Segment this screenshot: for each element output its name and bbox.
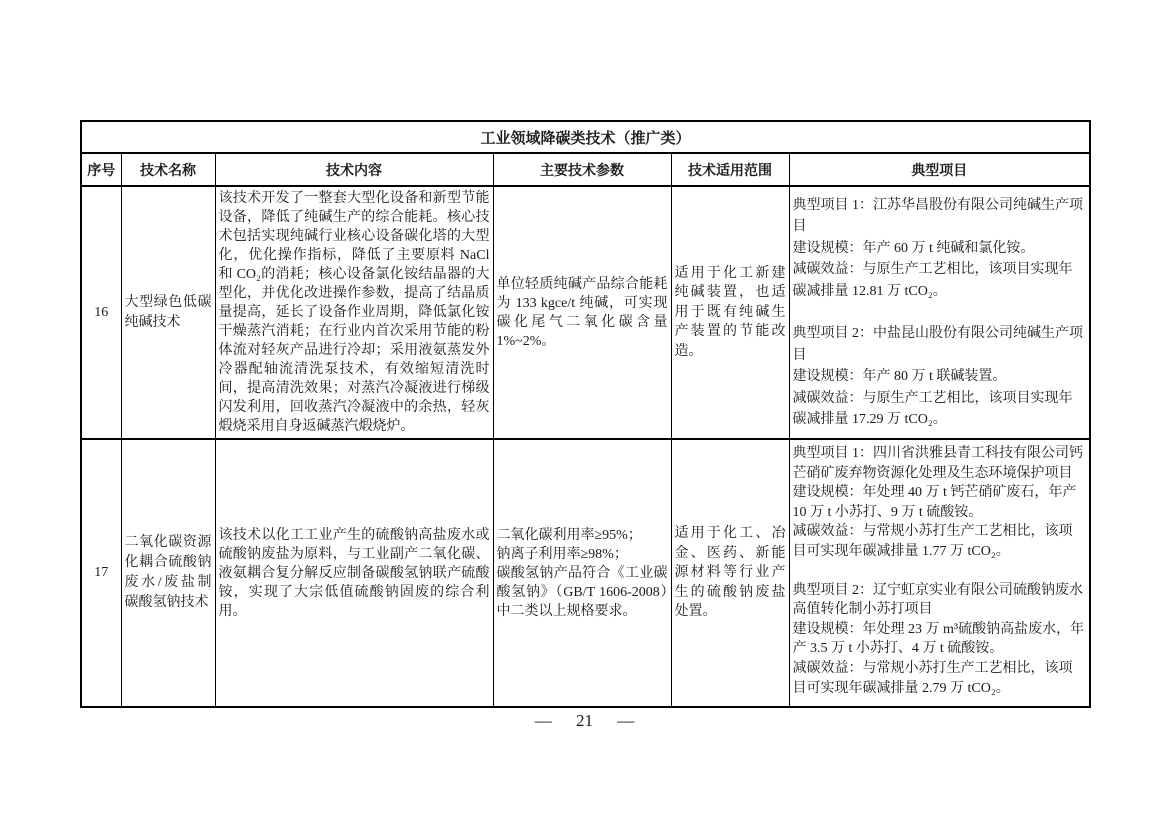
- row-16-tech-params: 单位轻质纯碱产品综合能耗为 133 kgce/t 纯碱，可实现碳化尾气二氧化碳含…: [493, 186, 671, 439]
- row-16-index: 16: [81, 186, 121, 439]
- table-header-row: 序号 技术名称 技术内容 主要技术参数 技术适用范围 典型项目: [81, 153, 1090, 186]
- row-16-typical-projects: 典型项目 1：江苏华昌股份有限公司纯碱生产项目 建设规模：年产 60 万 t 纯…: [789, 186, 1090, 439]
- project-block: 典型项目 2：中盐昆山股份有限公司纯碱生产项目 建设规模：年产 80 万 t 联…: [793, 323, 1087, 431]
- header-params: 主要技术参数: [493, 153, 671, 186]
- project-block: 典型项目 1：四川省洪雅县青工科技有限公司钙芒硝矿废弃物资源化处理及生态环境保护…: [793, 444, 1087, 562]
- table-row-17: 17 二氧化碳资源化耦合硫酸钠废水/废盐制碳酸氢钠技术 该技术以化工工业产生的硫…: [81, 439, 1090, 707]
- row-17-tech-content: 该技术以化工工业产生的硫酸钠高盐废水或硫酸钠废盐为原料，与工业副产二氧化碳、液氨…: [215, 439, 493, 707]
- header-projects: 典型项目: [789, 153, 1090, 186]
- row-16-tech-scope: 适用于化工新建纯碱装置，也适用于既有纯碱生产装置的节能改造。: [671, 186, 789, 439]
- row-17-index: 17: [81, 439, 121, 707]
- project-block: 典型项目 2：辽宁虹京实业有限公司硫酸钠废水高值转化制小苏打项目 建设规模：年处…: [793, 581, 1087, 699]
- table-title-row: 工业领域降碳类技术（推广类）: [81, 121, 1090, 153]
- document-page: 工业领域降碳类技术（推广类） 序号 技术名称 技术内容 主要技术参数 技术适用范…: [0, 0, 1169, 826]
- header-index: 序号: [81, 153, 121, 186]
- page-number: — 21 —: [0, 711, 1169, 731]
- header-name: 技术名称: [121, 153, 215, 186]
- row-17-tech-params: 二氧化碳利用率≥95%； 钠离子利用率≥98%； 碳酸氢钠产品符合《工业碳酸氢钠…: [493, 439, 671, 707]
- header-content: 技术内容: [215, 153, 493, 186]
- row-17-tech-scope: 适用于化工、冶金、医药、新能源材料等行业产生的硫酸钠废盐处置。: [671, 439, 789, 707]
- row-17-typical-projects: 典型项目 1：四川省洪雅县青工科技有限公司钙芒硝矿废弃物资源化处理及生态环境保护…: [789, 439, 1090, 707]
- table-title: 工业领域降碳类技术（推广类）: [81, 121, 1090, 153]
- row-16-tech-content: 该技术开发了一整套大型化设备和新型节能设备，降低了纯碱生产的综合能耗。核心技术包…: [215, 186, 493, 439]
- row-17-tech-name: 二氧化碳资源化耦合硫酸钠废水/废盐制碳酸氢钠技术: [121, 439, 215, 707]
- technology-table: 工业领域降碳类技术（推广类） 序号 技术名称 技术内容 主要技术参数 技术适用范…: [80, 120, 1091, 708]
- header-scope: 技术适用范围: [671, 153, 789, 186]
- row-16-tech-name: 大型绿色低碳纯碱技术: [121, 186, 215, 439]
- table-row-16: 16 大型绿色低碳纯碱技术 该技术开发了一整套大型化设备和新型节能设备，降低了纯…: [81, 186, 1090, 439]
- project-block: 典型项目 1：江苏华昌股份有限公司纯碱生产项目 建设规模：年产 60 万 t 纯…: [793, 195, 1087, 303]
